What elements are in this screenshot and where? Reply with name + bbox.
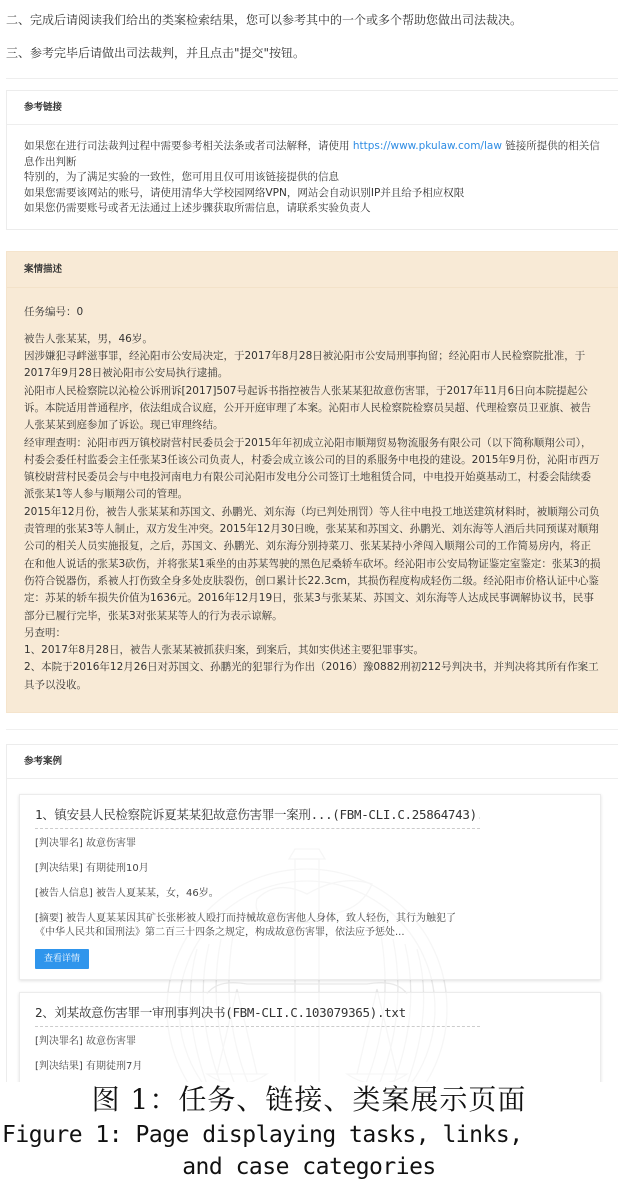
- caption-chinese: 图 1：任务、链接、类案展示页面: [0, 1082, 618, 1118]
- result-label: [判决结果]: [35, 863, 83, 874]
- reference-case-summary: [摘要] 被告人夏某某因其矿长张彬被人殴打而持械故意伤害他人身体，致人轻伤，其行…: [35, 912, 475, 940]
- reference-links-heading: 参考链接: [7, 91, 618, 125]
- instruction-step-3: 三、参考完毕后请做出司法裁判，并且点击"提交"按钮。: [6, 45, 612, 61]
- figure-caption: 图 1：任务、链接、类案展示页面 Figure 1: Page displayi…: [0, 1082, 618, 1182]
- result-value: 有期徒刑10月: [86, 863, 149, 874]
- result-value: 有期徒刑7月: [86, 1061, 142, 1072]
- page: 二、完成后请阅读我们给出的类案检索结果，您可以参考其中的一个或多个帮助您做出司法…: [0, 0, 618, 1082]
- links-line-2: 特别的，为了满足实验的一致性，您可用且仅可用该链接提供的信息: [24, 170, 601, 186]
- case-description-body: 任务编号：0 被告人张某某，男，46岁。 因涉嫌犯寻衅滋事罪，经沁阳市公安局决定…: [7, 288, 618, 713]
- reference-case-crime: [判决罪名] 故意伤害罪: [35, 1035, 585, 1049]
- divider: [6, 78, 618, 79]
- reference-case-defendant: [被告人信息] 被告人夏某某，女，46岁。: [35, 887, 585, 901]
- case-paragraph: 1、2017年8月28日，被告人张某某被抓获归案，到案后，其如实供述主要犯罪事实…: [24, 642, 601, 659]
- reference-case-title[interactable]: 1、镇安县人民检察院诉夏某某犯故意伤害罪一案刑...(FBM-CLI.C.258…: [35, 805, 480, 829]
- crime-value: 故意伤害罪: [86, 1036, 136, 1047]
- case-paragraph: 因涉嫌犯寻衅滋事罪，经沁阳市公安局决定，于2017年8月28日被沁阳市公安局刑事…: [24, 348, 601, 383]
- view-details-button[interactable]: 查看详情: [35, 949, 89, 969]
- instructions: 二、完成后请阅读我们给出的类案检索结果，您可以参考其中的一个或多个帮助您做出司法…: [0, 0, 618, 61]
- caption-english-line-2: and case categories: [0, 1152, 618, 1182]
- links-line-4: 如果您仍需要账号或者无法通过上述步骤获取所需信息，请联系实验负责人: [24, 201, 601, 217]
- links-line-3: 如果您需要该网站的账号，请使用清华大学校园网络VPN，网站会自动识别IP并且给予…: [24, 186, 601, 202]
- case-description-panel: 案情描述 任务编号：0 被告人张某某，男，46岁。 因涉嫌犯寻衅滋事罪，经沁阳市…: [6, 251, 618, 714]
- defendant-label: [被告人信息]: [35, 888, 93, 899]
- reference-links-body: 如果您在进行司法裁判过程中需要参考相关法条或者司法解释，请使用 https://…: [7, 125, 618, 229]
- summary-label: [摘要]: [35, 913, 63, 924]
- reference-case-card: 2、刘某故意伤害罪一审刑事判决书(FBM-CLI.C.103079365).tx…: [19, 992, 601, 1082]
- links-line-1: 如果您在进行司法裁判过程中需要参考相关法条或者司法解释，请使用 https://…: [24, 139, 601, 170]
- summary-value: 被告人夏某某因其矿长张彬被人殴打而持械故意伤害他人身体，致人轻伤，其行为触犯了《…: [35, 913, 456, 938]
- reference-cases-heading: 参考案例: [7, 745, 618, 779]
- case-paragraph: 2015年12月份，被告人张某某和苏国文、孙鹏光、刘东海（均已判处刑罚）等人往中…: [24, 504, 601, 625]
- reference-case-card: 1、镇安县人民检察院诉夏某某犯故意伤害罪一案刑...(FBM-CLI.C.258…: [19, 794, 601, 980]
- reference-case-result: [判决结果] 有期徒刑7月: [35, 1060, 585, 1074]
- reference-links-panel: 参考链接 如果您在进行司法裁判过程中需要参考相关法条或者司法解释，请使用 htt…: [6, 90, 618, 230]
- case-paragraph: 经审理查明：沁阳市西万镇校尉营村民委员会于2015年年初成立沁阳市顺翔贸易物流服…: [24, 435, 601, 504]
- crime-value: 故意伤害罪: [86, 838, 136, 849]
- case-paragraph: 被告人张某某，男，46岁。: [24, 331, 601, 348]
- case-paragraph: 另查明：: [24, 625, 601, 642]
- reference-case-result: [判决结果] 有期徒刑10月: [35, 862, 585, 876]
- reference-cases-body: 1、镇安县人民检察院诉夏某某犯故意伤害罪一案刑...(FBM-CLI.C.258…: [7, 779, 618, 1082]
- task-number: 任务编号：0: [24, 304, 601, 321]
- result-label: [判决结果]: [35, 1061, 83, 1072]
- reference-case-crime: [判决罪名] 故意伤害罪: [35, 837, 585, 851]
- caption-english-line-1: Figure 1: Page displaying tasks, links,: [0, 1118, 618, 1152]
- defendant-value: 被告人夏某某，女，46岁。: [96, 888, 219, 899]
- links-line-1-prefix: 如果您在进行司法裁判过程中需要参考相关法条或者司法解释，请使用: [24, 140, 353, 152]
- reference-cases-panel: 参考案例 1、镇安县人民检察院诉夏某某犯故意伤害罪一案刑.: [6, 744, 618, 1082]
- case-paragraph: 沁阳市人民检察院以沁检公诉刑诉[2017]507号起诉书指控被告人张某某犯故意伤…: [24, 383, 601, 435]
- case-description-heading: 案情描述: [7, 252, 618, 288]
- case-paragraph: 2、本院于2016年12月26日对苏国文、孙鹏光的犯罪行为作出（2016）豫08…: [24, 659, 601, 694]
- pkulaw-link[interactable]: https://www.pkulaw.com/law: [353, 140, 502, 152]
- divider: [6, 729, 618, 730]
- crime-label: [判决罪名]: [35, 1036, 83, 1047]
- reference-case-title[interactable]: 2、刘某故意伤害罪一审刑事判决书(FBM-CLI.C.103079365).tx…: [35, 1003, 480, 1027]
- instruction-step-2: 二、完成后请阅读我们给出的类案检索结果，您可以参考其中的一个或多个帮助您做出司法…: [6, 12, 612, 28]
- crime-label: [判决罪名]: [35, 838, 83, 849]
